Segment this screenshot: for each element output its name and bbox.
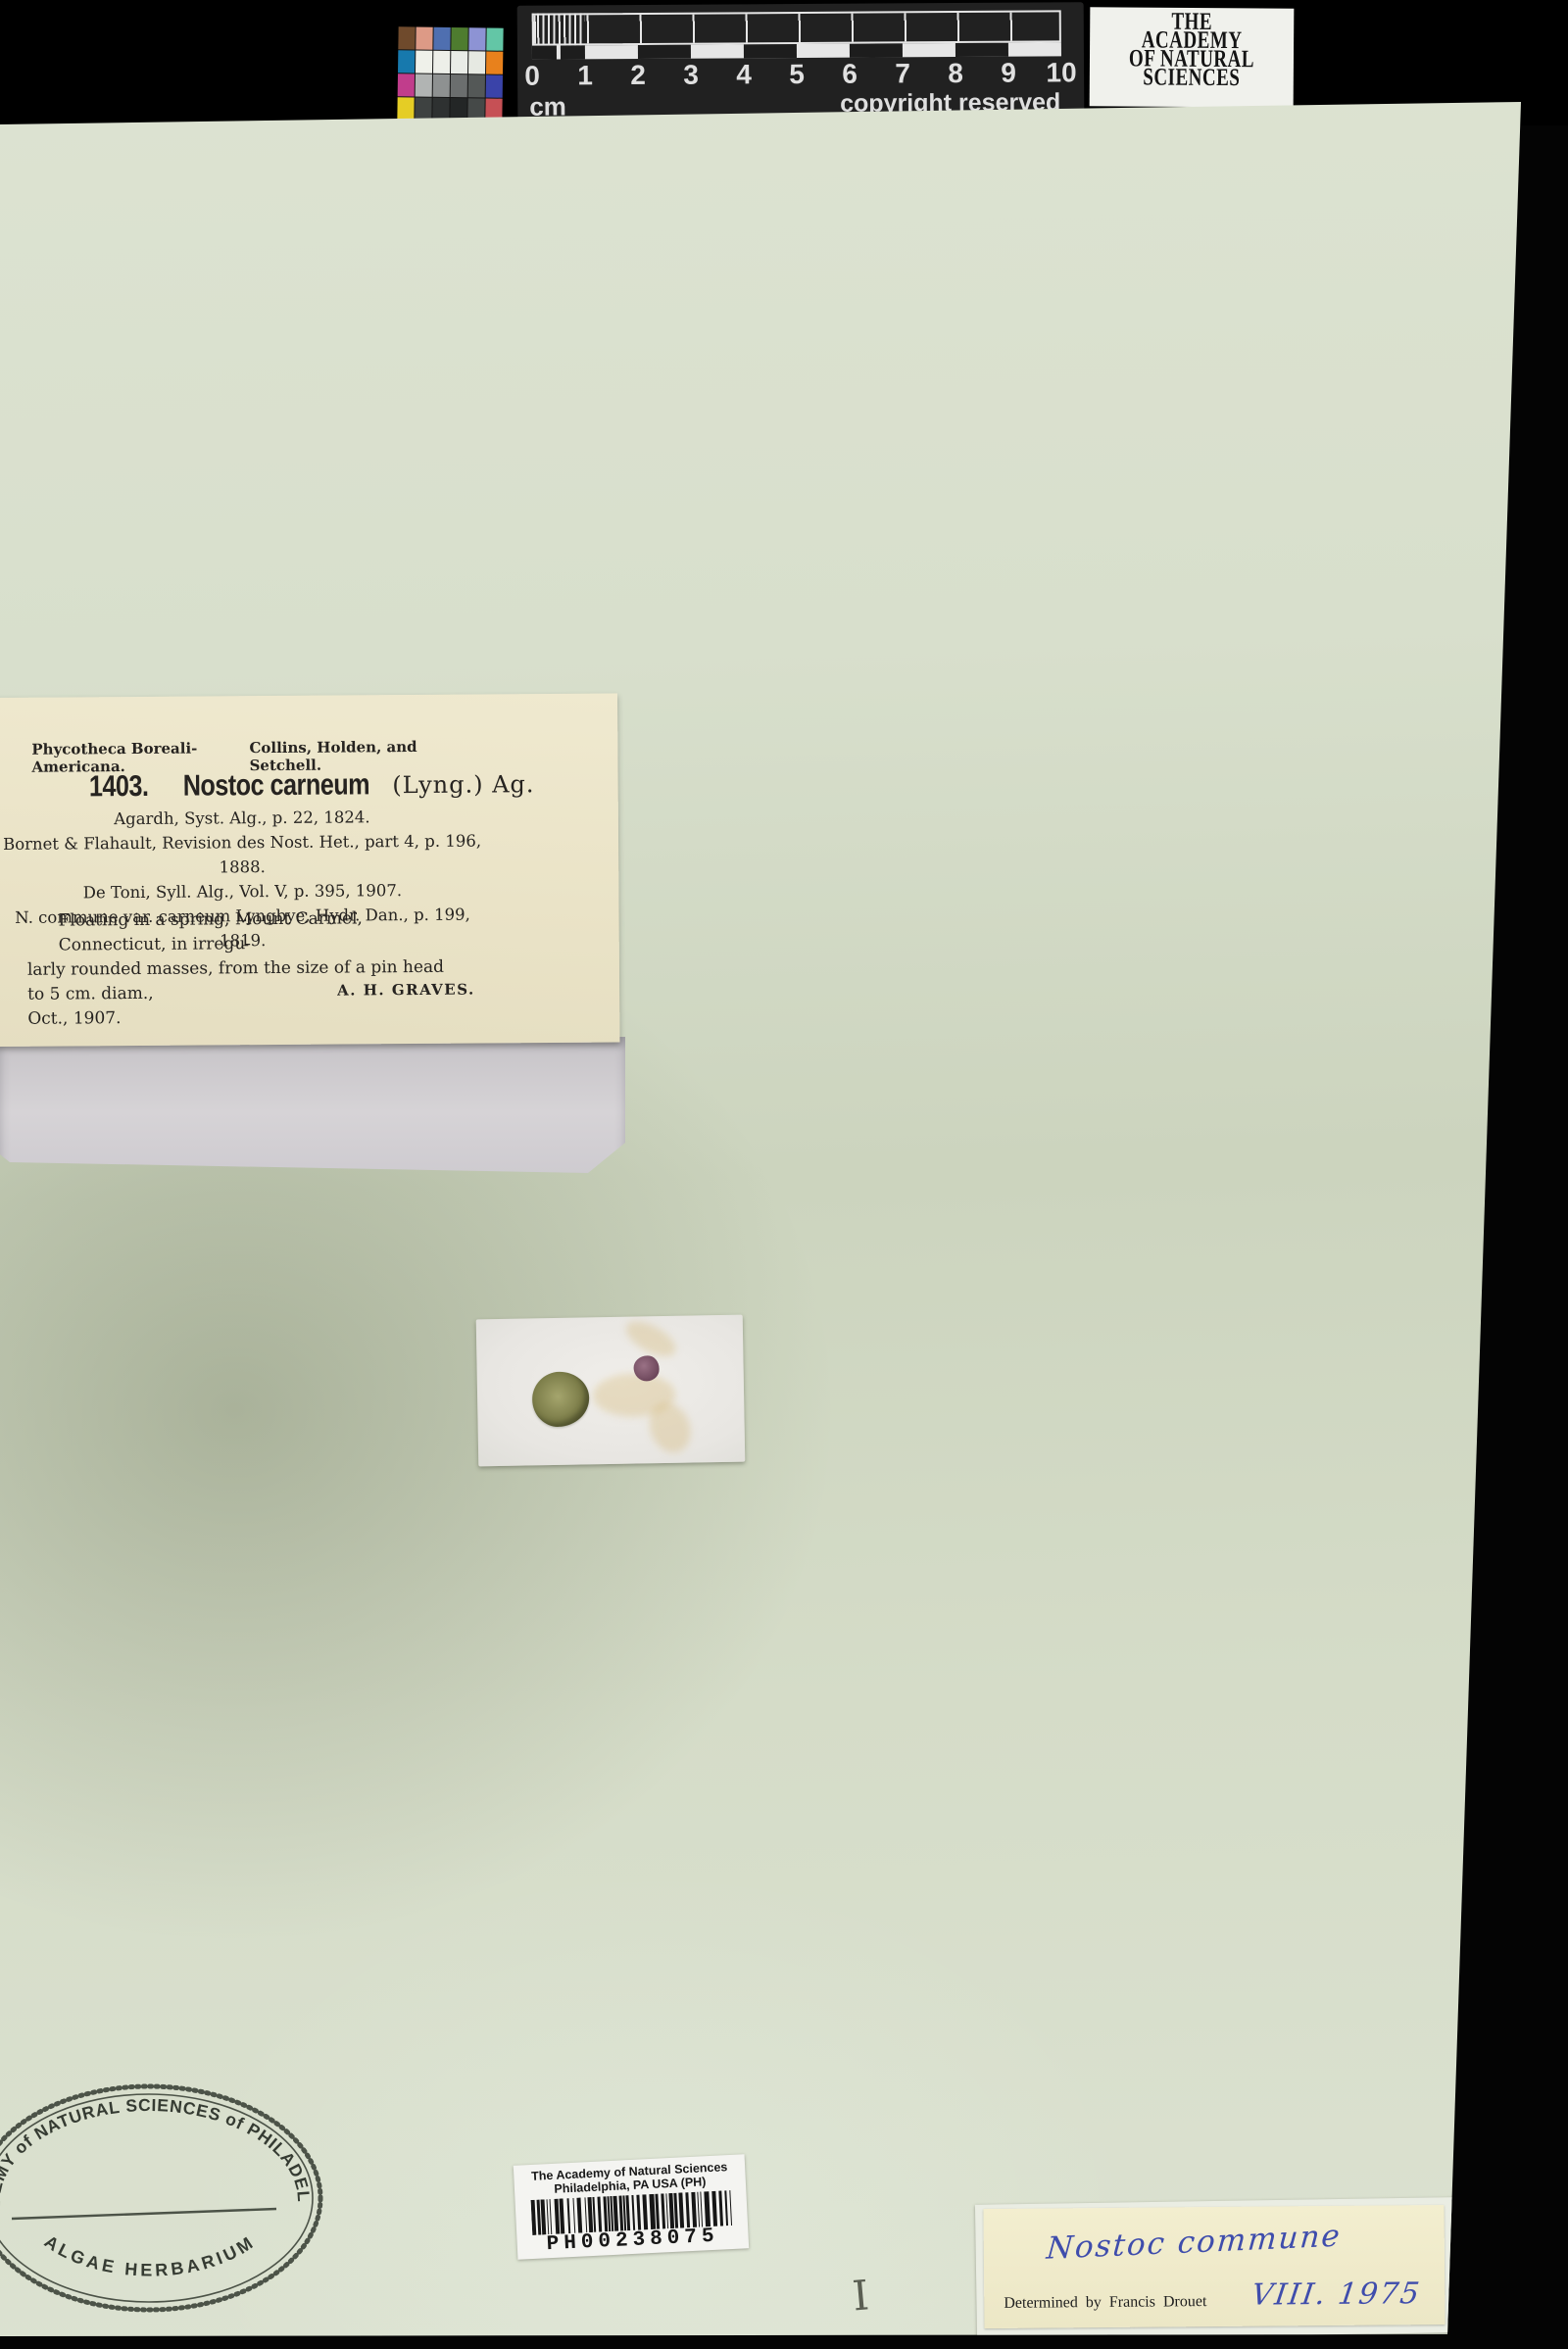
- specimen-label: Phycotheca Boreali-Americana. Collins, H…: [0, 694, 619, 1047]
- algae-specimen-purple: [633, 1355, 659, 1381]
- checker-swatch: [416, 74, 432, 97]
- checker-swatch: [415, 98, 431, 121]
- herbarium-stamp: ACADEMY of NATURAL SCIENCES of PHILADELP…: [0, 2074, 329, 2319]
- barcode-bar: [566, 2198, 571, 2233]
- notes-line: Floating in a spring, Mount Carmel, Conn…: [27, 906, 455, 958]
- ruler-cm-block: [850, 43, 903, 57]
- checker-swatch: [451, 27, 467, 50]
- ruler-cm-block: [955, 43, 1008, 57]
- color-calibration-target: [397, 26, 503, 121]
- notes-line: Oct., 1907.: [27, 1004, 455, 1032]
- checker-swatch: [433, 51, 450, 73]
- ruler-number: 8: [948, 58, 963, 89]
- ruler-mm-hatch: [532, 13, 585, 45]
- svg-text:ALGAE HERBARIUM: ALGAE HERBARIUM: [41, 2231, 259, 2279]
- ruler-block-row: [532, 42, 1061, 59]
- scale-ruler: 012345678910 cm copyright reserved: [517, 2, 1085, 120]
- ruler-number: 6: [842, 59, 857, 90]
- stamp-bottom-text: ALGAE HERBARIUM: [41, 2231, 259, 2279]
- checker-swatch: [433, 27, 450, 50]
- ruler-number: 0: [524, 61, 540, 92]
- barcode-bar: [691, 2192, 697, 2227]
- checker-swatch: [433, 74, 450, 97]
- barcode-bar: [636, 2195, 641, 2230]
- barcode-bar: [626, 2195, 631, 2230]
- ruler-number: 4: [736, 59, 752, 90]
- checker-swatch: [416, 27, 432, 50]
- ruler-cm-block: [532, 46, 557, 60]
- barcode-bar: [572, 2198, 575, 2233]
- taxon-title-row: 1403. Nostoc carneum (Lyng.) Ag.: [87, 768, 535, 802]
- taxon-authority: (Lyng.) Ag.: [392, 770, 534, 799]
- checker-swatch: [468, 51, 485, 73]
- academy-logo-plate: THEACADEMYOF NATURALSCIENCES: [1090, 7, 1295, 107]
- specimen-number: 1403.: [89, 769, 149, 804]
- ruler-number: 5: [789, 59, 805, 90]
- checker-swatch: [486, 28, 503, 51]
- ruler-number: 2: [630, 60, 646, 91]
- herbarium-sheet-photo: 012345678910 cm copyright reserved THEAC…: [0, 0, 1568, 2349]
- ruler-number: 3: [683, 60, 699, 91]
- ruler-cm-block: [638, 45, 691, 59]
- checker-swatch: [397, 97, 414, 120]
- checker-swatch: [432, 98, 449, 121]
- checker-swatch: [468, 74, 485, 97]
- ruler-number: 7: [895, 58, 910, 89]
- checker-swatch: [451, 51, 467, 73]
- pencil-sheet-mark: I: [851, 2271, 871, 2320]
- barcode-bar: [656, 2194, 661, 2229]
- barcode-bar: [700, 2191, 703, 2227]
- ruler-number: 10: [1046, 57, 1076, 88]
- ruler-number: 9: [1001, 58, 1016, 89]
- specimen-packet-flap: [0, 1037, 625, 1174]
- checker-swatch: [486, 52, 503, 74]
- barcode-bar: [642, 2194, 648, 2229]
- citation-line: Agardh, Syst. Alg., p. 22, 1824.: [0, 805, 485, 832]
- citation-line: De Toni, Syll. Alg., Vol. V, p. 395, 190…: [0, 878, 485, 905]
- collector-name: A. H. GRAVES.: [337, 981, 475, 1000]
- barcode-bar: [668, 2193, 674, 2228]
- barcode-bar: [577, 2197, 583, 2232]
- barcode-bar: [541, 2199, 547, 2234]
- ruler-box-row: [532, 10, 1061, 45]
- barcode-bar: [685, 2192, 690, 2227]
- barcode-bar: [718, 2190, 723, 2226]
- barcode-bar: [724, 2190, 727, 2226]
- logo-line: SCIENCES: [1090, 65, 1294, 91]
- checker-swatch: [398, 73, 415, 96]
- specimen-card: [476, 1315, 746, 1467]
- checker-swatch: [450, 98, 466, 121]
- sheet-paper: Phycotheca Boreali-Americana. Collins, H…: [0, 0, 1568, 2349]
- checker-swatch: [468, 27, 485, 50]
- barcode-bar: [549, 2199, 552, 2234]
- checker-swatch: [416, 51, 432, 73]
- collection-notes: Floating in a spring, Mount Carmel, Conn…: [27, 906, 456, 1032]
- barcode-label: The Academy of Natural Sciences Philadel…: [514, 2154, 749, 2259]
- determination-date: VIII. 1975: [1249, 2276, 1423, 2313]
- barcode-bar: [711, 2191, 717, 2227]
- determination-label: Nostoc commune Determined by Francis Dro…: [983, 2205, 1445, 2328]
- barcode-bar: [560, 2198, 565, 2233]
- ruler-numbers: 012345678910: [517, 2, 1084, 6]
- checker-swatch: [486, 75, 503, 98]
- barcode-bar: [597, 2197, 602, 2232]
- barcode-bar: [593, 2197, 596, 2232]
- algae-specimen-green: [532, 1371, 590, 1427]
- taxon-name: Nostoc carneum: [183, 767, 369, 803]
- barcode-bar: [705, 2191, 710, 2227]
- ruler-number: 1: [577, 60, 593, 91]
- checker-swatch: [451, 74, 467, 97]
- determined-by-text: Determined by Francis Drouet: [1004, 2293, 1206, 2313]
- checker-swatch: [398, 26, 415, 49]
- barcode-bar: [554, 2199, 560, 2234]
- citation-line: Bornet & Flahault, Revision des Nost. He…: [0, 829, 485, 881]
- barcode-bar: [632, 2195, 635, 2230]
- barcode-bar: [678, 2192, 684, 2227]
- ruler-cm-block: [744, 44, 797, 58]
- determined-taxon-name: Nostoc commune: [1046, 2219, 1344, 2267]
- ruler-cm-block: [561, 45, 585, 59]
- barcode-bar: [729, 2190, 732, 2226]
- checker-swatch: [398, 50, 415, 73]
- barcode-bar: [531, 2200, 537, 2235]
